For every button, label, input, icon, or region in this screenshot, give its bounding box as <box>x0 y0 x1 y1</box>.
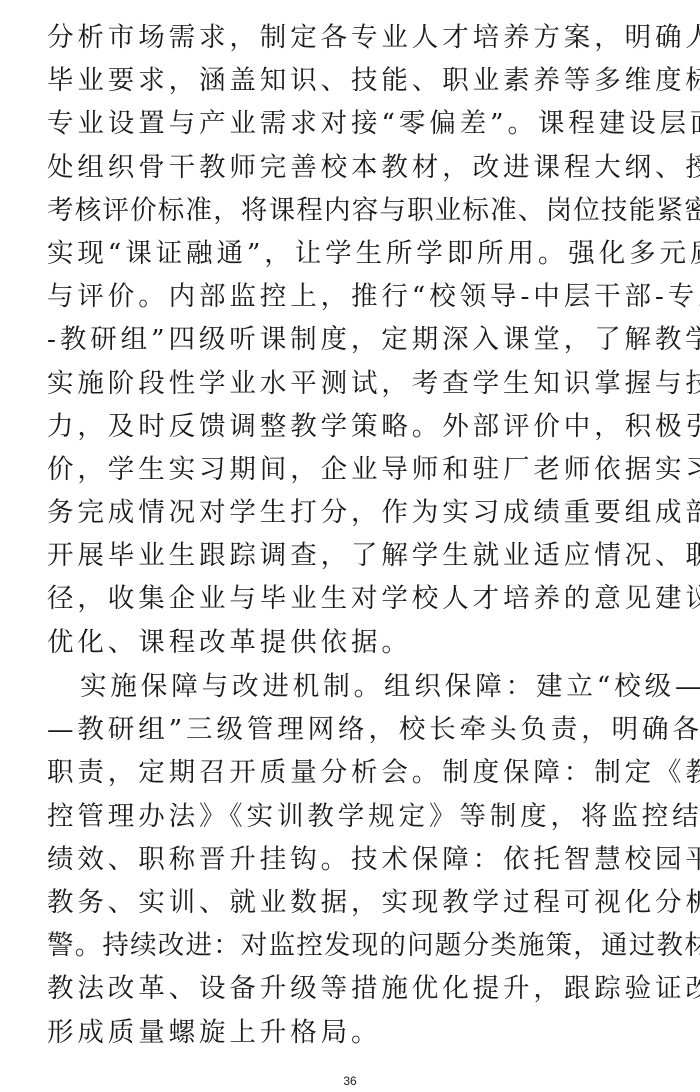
text-line: 绩效、职称晋升挂钩。技术保障：依托智慧校园平台，整合 <box>47 838 659 881</box>
text-line: —教研组”三级管理网络，校长牵头负责，明确各层级质量 <box>47 708 659 751</box>
text-line: 职责，定期召开质量分析会。制度保障：制定《教学质量监 <box>47 751 659 794</box>
text-line: 教务、实训、就业数据，实现教学过程可视化分析与问题预 <box>47 881 659 924</box>
text-line: 实施保障与改进机制。组织保障：建立“校级—专业部 <box>47 665 659 708</box>
text-line: 控管理办法》《实训教学规定》等制度，将监控结果与教师 <box>47 795 659 838</box>
text-line: 务完成情况对学生打分，作为实习成绩重要组成部分；定期 <box>47 491 659 534</box>
document-page: 分析市场需求，制定各专业人才培养方案，明确人才规格与 毕业要求，涵盖知识、技能、… <box>0 0 700 1092</box>
text-line: 处组织骨干教师完善校本教材，改进课程大纲、授课计划、 <box>47 146 659 189</box>
paragraph-1: 分析市场需求，制定各专业人才培养方案，明确人才规格与 毕业要求，涵盖知识、技能、… <box>47 16 659 664</box>
text-line: 实施阶段性学业水平测试，考查学生知识掌握与技能操作能 <box>47 362 659 405</box>
text-line: 专业设置与产业需求对接“零偏差”。课程建设层面，教务 <box>47 102 659 145</box>
text-line: 力，及时反馈调整教学策略。外部评价中，积极引入企业评 <box>47 405 659 448</box>
text-line: 开展毕业生跟踪调查，了解学生就业适应情况、职业发展路 <box>47 534 659 577</box>
text-line: 径，收集企业与毕业生对学校人才培养的意见建议，为专业 <box>47 577 659 620</box>
text-line: -教研组”四级听课制度，定期深入课堂，了解教学动态； <box>47 318 659 361</box>
paragraph-2: 实施保障与改进机制。组织保障：建立“校级—专业部 —教研组”三级管理网络，校长牵… <box>47 665 659 1054</box>
text-line: 与评价。内部监控上，推行“校领导-中层干部-专业教学部 <box>47 275 659 318</box>
text-line: 价，学生实习期间，企业导师和驻厂老师依据实习表现、任 <box>47 448 659 491</box>
text-line: 分析市场需求，制定各专业人才培养方案，明确人才规格与 <box>47 16 659 59</box>
text-line: 毕业要求，涵盖知识、技能、职业素养等多维度标准，确保 <box>47 59 659 102</box>
page-number: 36 <box>0 1074 700 1088</box>
text-line: 形成质量螺旋上升格局。 <box>47 1011 659 1054</box>
text-line: 实现“课证融通”，让学生所学即所用。强化多元质量监控 <box>47 232 659 275</box>
text-line: 警。持续改进：对监控发现的问题分类施策，通过教材更新、 <box>47 924 659 967</box>
text-line: 考核评价标准，将课程内容与职业标准、岗位技能紧密融合， <box>47 189 659 232</box>
text-line: 教法改革、设备升级等措施优化提升，跟踪验证改进效果， <box>47 967 659 1010</box>
text-line: 优化、课程改革提供依据。 <box>47 621 659 664</box>
